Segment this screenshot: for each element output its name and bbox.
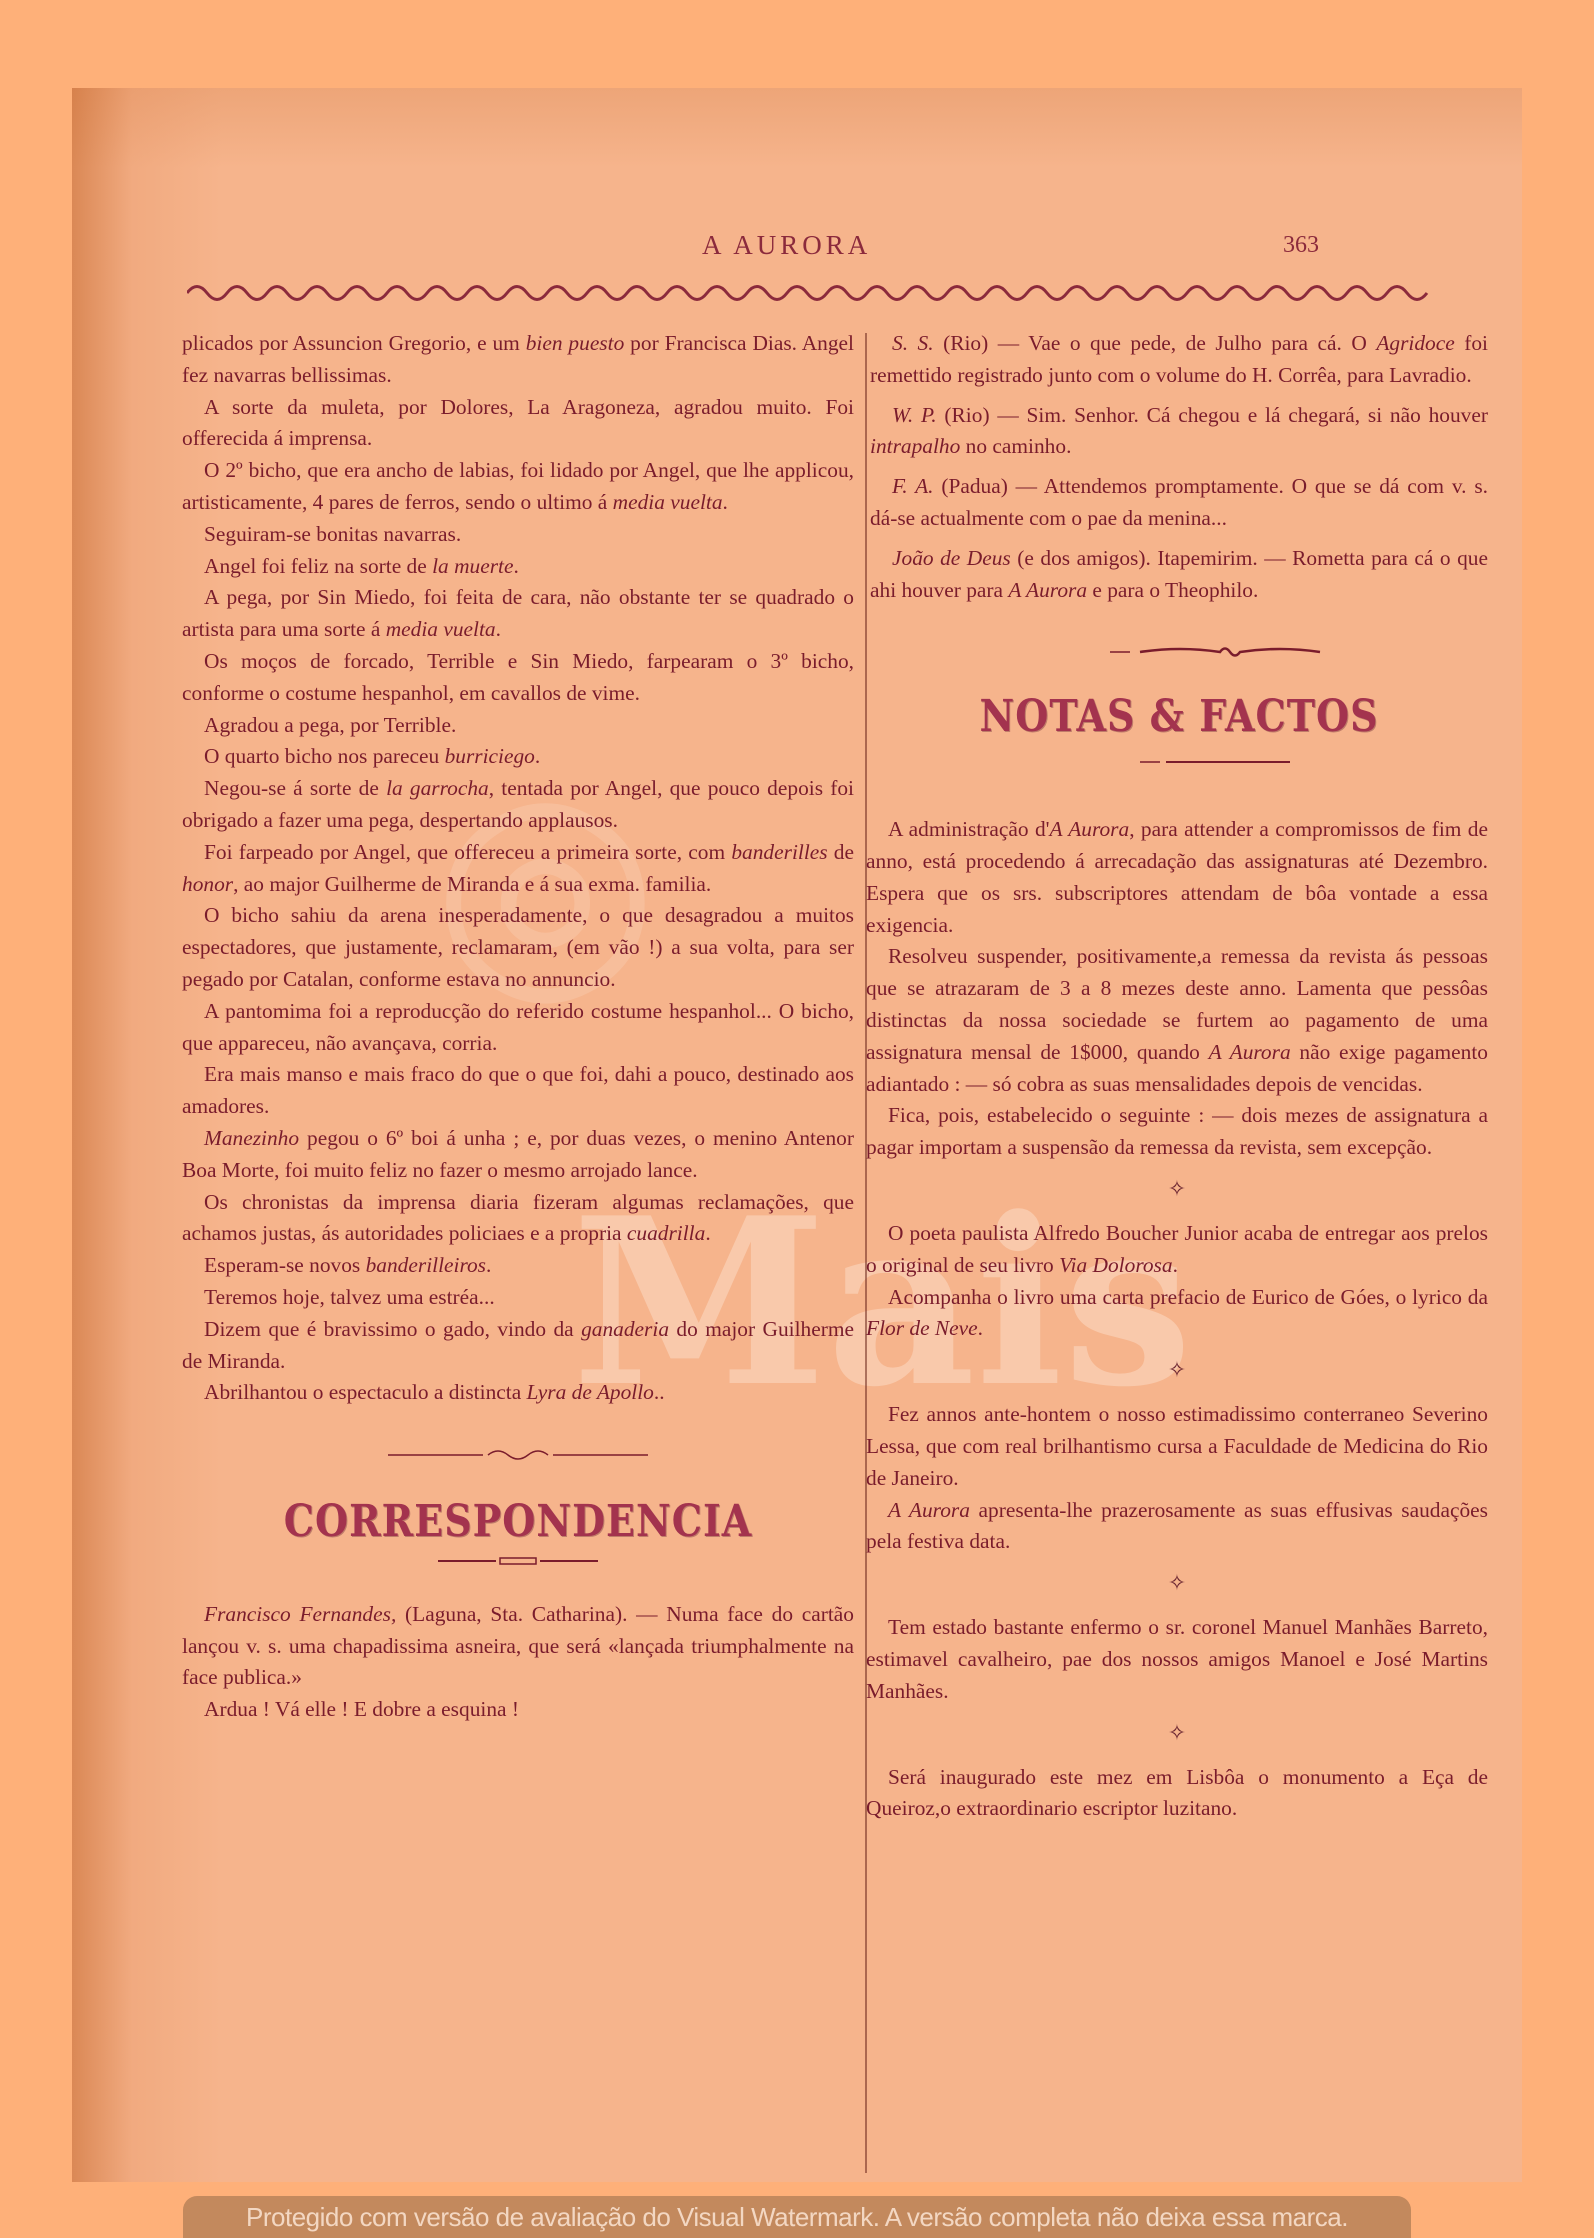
news-paragraph: Acompanha o livro uma carta prefacio de …: [866, 1282, 1488, 1346]
title-underline: [1140, 758, 1290, 766]
paragraph: A pantomima foi a reproducção do referid…: [182, 996, 854, 1060]
wave-ornament-rule: [187, 278, 1487, 308]
section-title-correspondencia: CORRESPONDENCIA: [182, 1503, 854, 1540]
reply-entry: S. S. (Rio) — Vae o que pede, de Julho p…: [870, 328, 1488, 392]
paragraph: O quarto bicho nos pareceu burriciego.: [182, 741, 854, 773]
news-paragraph: Fica, pois, estabelecido o seguinte : — …: [866, 1100, 1488, 1164]
paragraph: O 2º bicho, que era ancho de labias, foi…: [182, 455, 854, 519]
correspondence-entry: Ardua ! Vá elle ! E dobre a esquina !: [182, 1694, 854, 1726]
news-paragraph: Será inaugurado este mez em Lisbôa o mon…: [866, 1762, 1488, 1826]
paragraph: A pega, por Sin Miedo, foi feita de cara…: [182, 582, 854, 646]
reply-entry: F. A. (Padua) — Attendemos promptamente.…: [870, 471, 1488, 535]
bullfight-report: plicados por Assuncion Gregorio, e um bi…: [182, 328, 854, 1409]
paragraph: O bicho sahiu da arena inesperadamente, …: [182, 900, 854, 995]
running-header: A AURORA 363: [72, 230, 1522, 270]
paragraph: Abrilhantou o espectaculo a distincta Ly…: [182, 1377, 854, 1409]
paragraph: Negou-se á sorte de la garrocha, tentada…: [182, 773, 854, 837]
paragraph: Os moços de forcado, Terrible e Sin Mied…: [182, 646, 854, 710]
paragraph: plicados por Assuncion Gregorio, e um bi…: [182, 328, 854, 392]
news-paragraph: Resolveu suspender, positivamente,a reme…: [866, 941, 1488, 1100]
reply-entry: W. P. (Rio) — Sim. Senhor. Cá chegou e l…: [870, 400, 1488, 464]
correspondence-replies: S. S. (Rio) — Vae o que pede, de Julho p…: [810, 328, 1488, 606]
title-underline: [438, 1555, 598, 1567]
news-paragraph: O poeta paulista Alfredo Boucher Junior …: [866, 1218, 1488, 1282]
paragraph: Dizem que é bravissimo o gado, vindo da …: [182, 1314, 854, 1378]
diamond-separator-icon: ✧: [866, 1174, 1488, 1204]
evaluation-watermark-banner: Protegido com versão de avaliação do Vis…: [183, 2196, 1411, 2238]
section-ornament: [1110, 644, 1340, 660]
paragraph: Era mais manso e mais fraco do que o que…: [182, 1059, 854, 1123]
section-title-notas-factos: NOTAS & FACTOS: [810, 698, 1488, 735]
news-paragraph: A administração d'A Aurora, para attende…: [866, 814, 1488, 941]
correspondence-entry: Francisco Fernandes, (Laguna, Sta. Catha…: [182, 1599, 854, 1694]
diamond-separator-icon: ✧: [866, 1568, 1488, 1598]
section-ornament: [388, 1447, 648, 1463]
paragraph: Seguiram-se bonitas navarras.: [182, 519, 854, 551]
paragraph: A sorte da muleta, por Dolores, La Arago…: [182, 392, 854, 456]
correspondencia-entries: Francisco Fernandes, (Laguna, Sta. Catha…: [182, 1599, 854, 1726]
paragraph: Teremos hoje, talvez uma estréa...: [182, 1282, 854, 1314]
paragraph: Foi farpeado por Angel, que offereceu a …: [182, 837, 854, 901]
left-column: plicados por Assuncion Gregorio, e um bi…: [182, 328, 854, 1726]
news-paragraph: A Aurora apresenta-lhe prazerosamente as…: [866, 1495, 1488, 1559]
running-title: A AURORA: [702, 230, 871, 261]
paragraph: Manezinho pegou o 6º boi á unha ; e, por…: [182, 1123, 854, 1187]
reply-entry: João de Deus (e dos amigos). Itapemirim.…: [870, 543, 1488, 607]
paragraph: Esperam-se novos banderilleiros.: [182, 1250, 854, 1282]
paragraph: Os chronistas da imprensa diaria fizeram…: [182, 1187, 854, 1251]
diamond-separator-icon: ✧: [866, 1718, 1488, 1748]
paragraph: Agradou a pega, por Terrible.: [182, 710, 854, 742]
news-paragraph: Tem estado bastante enfermo o sr. corone…: [866, 1612, 1488, 1707]
paragraph: Angel foi feliz na sorte de la muerte.: [182, 551, 854, 583]
newspaper-page: ◎ Mais A AURORA 363 plicados por Assunci…: [72, 88, 1522, 2182]
notas-factos-items: A administração d'A Aurora, para attende…: [810, 814, 1488, 1825]
right-column: S. S. (Rio) — Vae o que pede, de Julho p…: [810, 328, 1488, 1825]
news-paragraph: Fez annos ante-hontem o nosso estimadiss…: [866, 1399, 1488, 1494]
diamond-separator-icon: ✧: [866, 1355, 1488, 1385]
page-number: 363: [1283, 232, 1319, 259]
